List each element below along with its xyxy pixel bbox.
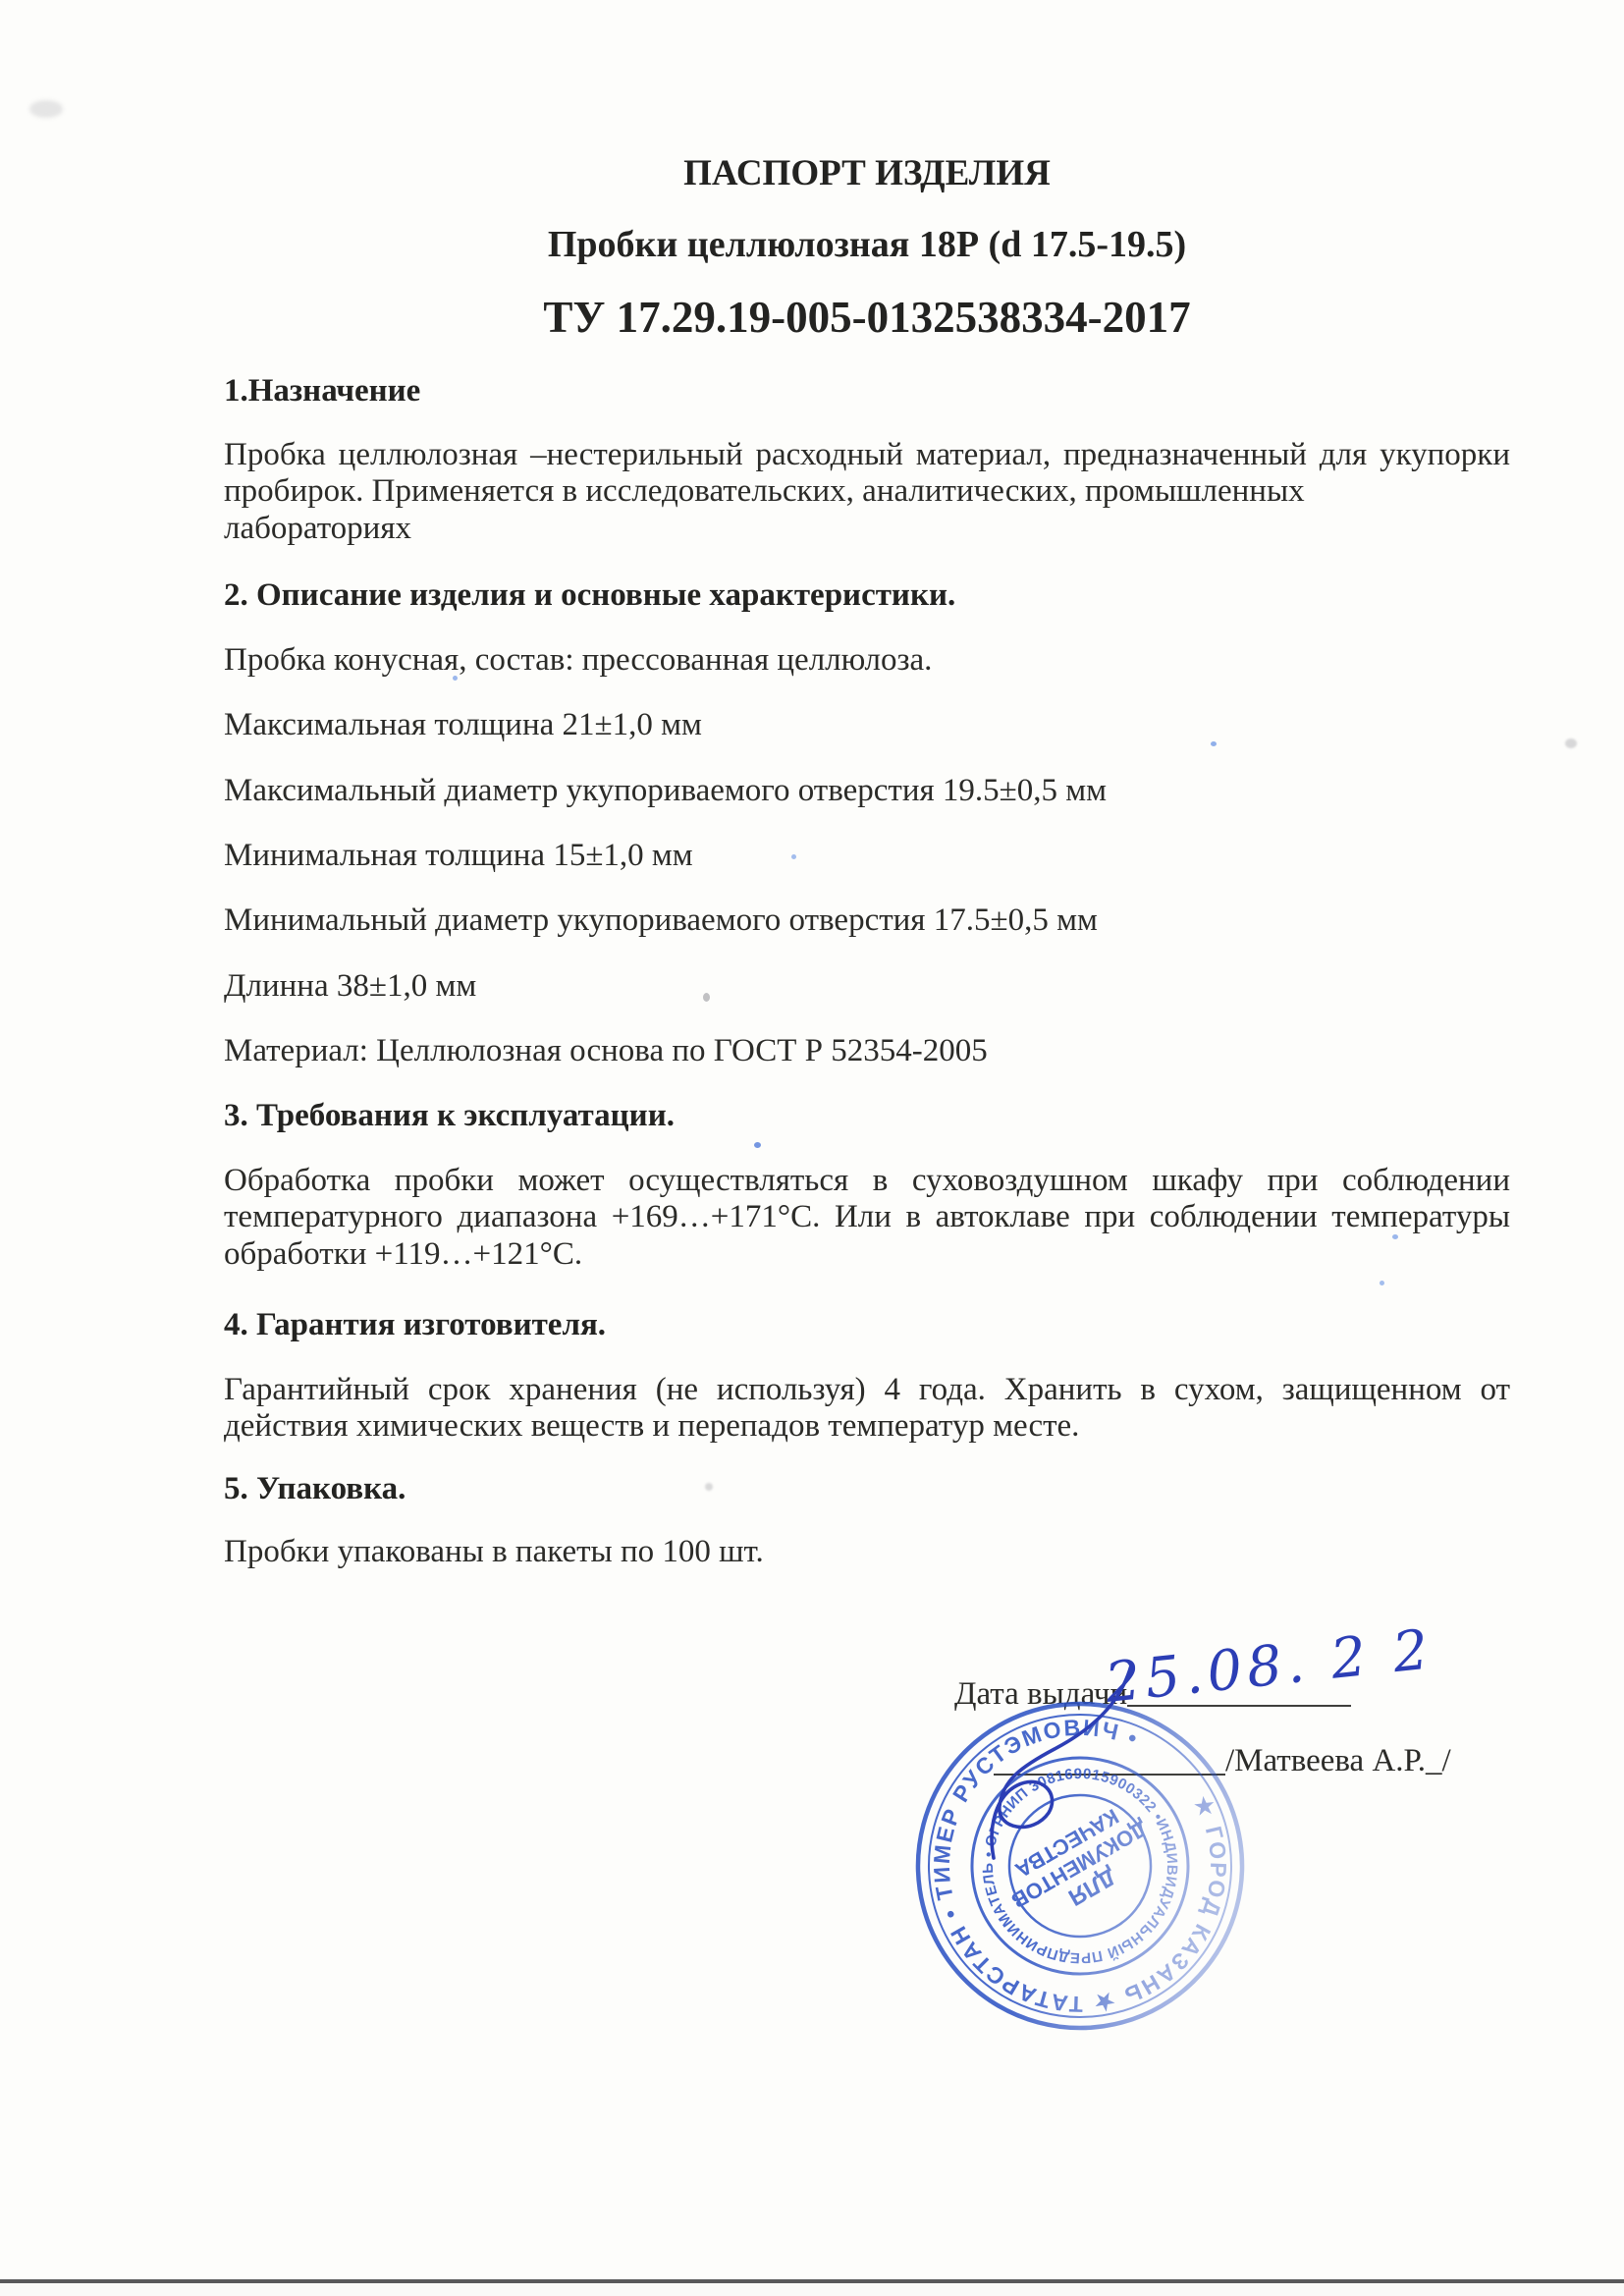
- spec-min-thickness: Минимальная толщина 15±1,0 мм: [224, 838, 693, 874]
- document-title: ПАСПОРТ ИЗДЕЛИЯ: [224, 152, 1510, 194]
- scan-speck: [703, 993, 710, 1002]
- issue-date-line: [1127, 1705, 1351, 1707]
- section-2-heading: 2. Описание изделия и основные характери…: [224, 577, 955, 614]
- scan-speck: [791, 854, 796, 859]
- stamp-second-ring: [889, 1674, 1281, 2067]
- stamp-middle-ring: [933, 1719, 1228, 2014]
- section-4-line: действия химических веществ и перепадов …: [224, 1408, 1079, 1445]
- pen-ink-layer: 25.08. 2 2: [0, 0, 1624, 2296]
- section-3-heading: 3. Требования к эксплуатации.: [224, 1098, 675, 1134]
- signer-name: /Матвеева А.Р._/: [1225, 1743, 1451, 1779]
- scan-edge-margin: [0, 2283, 1624, 2296]
- stamp-center-text: ДОКУМЕНТОВ: [1007, 1816, 1152, 1913]
- spec-max-thickness: Максимальная толщина 21±1,0 мм: [224, 707, 702, 743]
- section-1-line: лабораториях: [224, 511, 411, 547]
- round-stamp: ★ ГОРОД КАЗАНЬ ★ ТАТАРСТАН • ТИМЕР РУСТЭ…: [889, 1674, 1281, 2067]
- section-5-line: Пробки упакованы в пакеты по 100 шт.: [224, 1534, 764, 1570]
- scan-speck: [453, 676, 458, 681]
- section-3-line: температурного диапазона +169…+171°С. Ил…: [224, 1199, 1510, 1235]
- spec-length: Длинна 38±1,0 мм: [224, 968, 476, 1005]
- section-4-line: Гарантийный срок хранения (не используя)…: [224, 1372, 1510, 1408]
- svg-text:★ ГОРОД КАЗАНЬ ★ ТАТАРСТАН • Т: ★ ГОРОД КАЗАНЬ ★ ТАТАРСТАН • ТИМЕР РУСТЭ…: [889, 1674, 1281, 2067]
- stamp-inner-ring-text: ИНДИВИДУАЛЬНЫЙ ПРЕДПРИНИМАТЕЛЬ • ОГРНИП …: [944, 1681, 1281, 2067]
- scan-speck: [1392, 1234, 1398, 1239]
- section-1-line: Пробка целлюлозная –нестерильный расходн…: [224, 437, 1510, 473]
- section-4-heading: 4. Гарантия изготовителя.: [224, 1307, 606, 1343]
- stamp-center-text: ДЛЯ: [1063, 1863, 1120, 1911]
- stamp-outer-ring-text: ★ ГОРОД КАЗАНЬ ★ ТАТАРСТАН • ТИМЕР РУСТЭ…: [889, 1674, 1281, 2067]
- standard-number: ТУ 17.29.19-005-0132538334-2017: [224, 292, 1510, 343]
- section-5-heading: 5. Упаковка.: [224, 1471, 406, 1507]
- svg-text:ИНДИВИДУАЛЬНЫЙ ПРЕДПРИНИМАТЕЛЬ: ИНДИВИДУАЛЬНЫЙ ПРЕДПРИНИМАТЕЛЬ • ОГРНИП …: [944, 1681, 1281, 2067]
- scan-speck: [754, 1142, 761, 1148]
- scan-speck: [1565, 738, 1577, 748]
- section-3-line: обработки +119…+121°С.: [224, 1236, 582, 1273]
- spec-composition: Пробка конусная, состав: прессованная це…: [224, 642, 932, 679]
- scan-speck: [705, 1483, 713, 1491]
- scan-speck: [1380, 1281, 1384, 1285]
- stamp-center-text: КАЧЕСТВА: [1011, 1804, 1123, 1883]
- spec-material: Материал: Целлюлозная основа по ГОСТ Р 5…: [224, 1033, 988, 1069]
- issue-date-label: Дата выдачи: [954, 1676, 1127, 1713]
- handwritten-date: 25.08. 2 2: [1102, 1617, 1436, 1716]
- section-3-line: Обработка пробки может осуществляться в …: [224, 1163, 1510, 1199]
- scanned-document-page: ПАСПОРТ ИЗДЕЛИЯ Пробки целлюлозная 18Р (…: [0, 0, 1624, 2296]
- section-1-line: пробирок. Применяется в исследовательски…: [224, 473, 1305, 510]
- scan-smudge: [29, 100, 63, 118]
- spec-max-diameter: Максимальный диаметр укупориваемого отве…: [224, 773, 1107, 809]
- scan-speck: [1211, 741, 1217, 746]
- section-1-heading: 1.Назначение: [224, 373, 420, 410]
- stamp-inner-ring: [984, 1770, 1177, 1963]
- product-name: Пробки целлюлозная 18Р (d 17.5-19.5): [224, 223, 1510, 266]
- stamp-outer-ring: [889, 1674, 1281, 2067]
- signature-line: [994, 1774, 1225, 1776]
- spec-min-diameter: Минимальный диаметр укупориваемого отвер…: [224, 902, 1098, 939]
